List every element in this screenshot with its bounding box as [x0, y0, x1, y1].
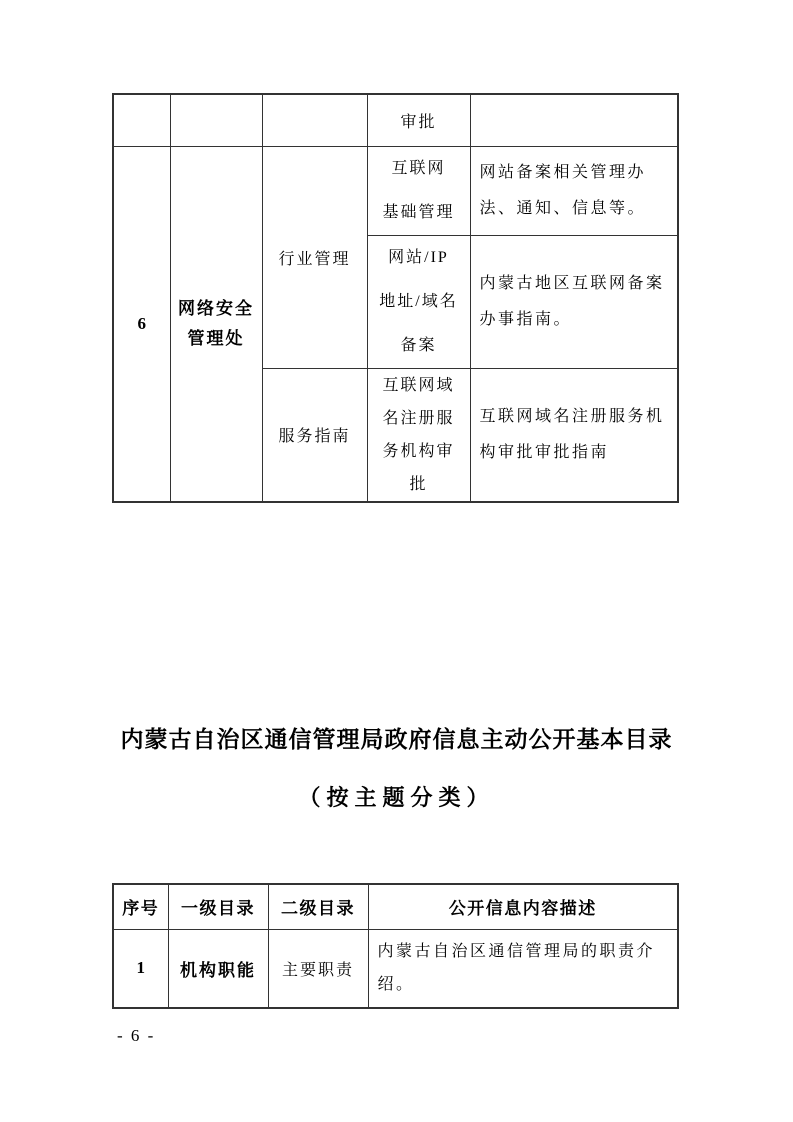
seq-cell: 6 [113, 146, 170, 502]
page-number: - 6 - [117, 1026, 155, 1046]
level3-cell: 互联网 基础管理 [367, 146, 470, 235]
partial-row: 审批 [113, 94, 678, 146]
catalog-header-row: 序号 一级目录 二级目录 公开信息内容描述 [113, 884, 678, 929]
description-cell: 内蒙古自治区通信管理局的职责介 绍。 [368, 929, 678, 1008]
header-cell-level1: 一级目录 [168, 884, 268, 929]
table-row: 1 机构职能 主要职责 内蒙古自治区通信管理局的职责介 绍。 [113, 929, 678, 1008]
section-title: 内蒙古自治区通信管理局政府信息主动公开基本目录 [0, 721, 793, 754]
continued-directory-table: 审批 6 网络安全 管理处 行业管理 互联网 基础管理 网站备案相关管理办 法、… [112, 93, 679, 503]
document-page: 审批 6 网络安全 管理处 行业管理 互联网 基础管理 网站备案相关管理办 法、… [0, 0, 793, 1122]
catalog-table: 序号 一级目录 二级目录 公开信息内容描述 1 机构职能 主要职责 内蒙古自治区… [112, 883, 679, 1009]
header-cell-seq: 序号 [113, 884, 168, 929]
level2-cell: 行业管理 [262, 146, 367, 368]
table-row: 6 网络安全 管理处 行业管理 互联网 基础管理 网站备案相关管理办 法、通知、… [113, 146, 678, 235]
department-cell-empty [170, 94, 262, 146]
level2-cell: 主要职责 [268, 929, 368, 1008]
description-cell: 网站备案相关管理办 法、通知、信息等。 [470, 146, 678, 235]
description-cell: 互联网域名注册服务机 构审批审批指南 [470, 368, 678, 502]
description-cell: 内蒙古地区互联网备案 办事指南。 [470, 235, 678, 368]
level3-cell: 审批 [367, 94, 470, 146]
level3-cell: 网站/IP 地址/域名 备案 [367, 235, 470, 368]
level2-cell: 服务指南 [262, 368, 367, 502]
header-cell-description: 公开信息内容描述 [368, 884, 678, 929]
department-cell: 网络安全 管理处 [170, 146, 262, 502]
seq-cell: 1 [113, 929, 168, 1008]
level2-cell-empty [262, 94, 367, 146]
header-cell-level2: 二级目录 [268, 884, 368, 929]
description-cell-empty [470, 94, 678, 146]
seq-cell-empty [113, 94, 170, 146]
section-subtitle: （按主题分类） [0, 781, 793, 812]
level1-cell: 机构职能 [168, 929, 268, 1008]
level3-cell: 互联网域 名注册服 务机构审 批 [367, 368, 470, 502]
